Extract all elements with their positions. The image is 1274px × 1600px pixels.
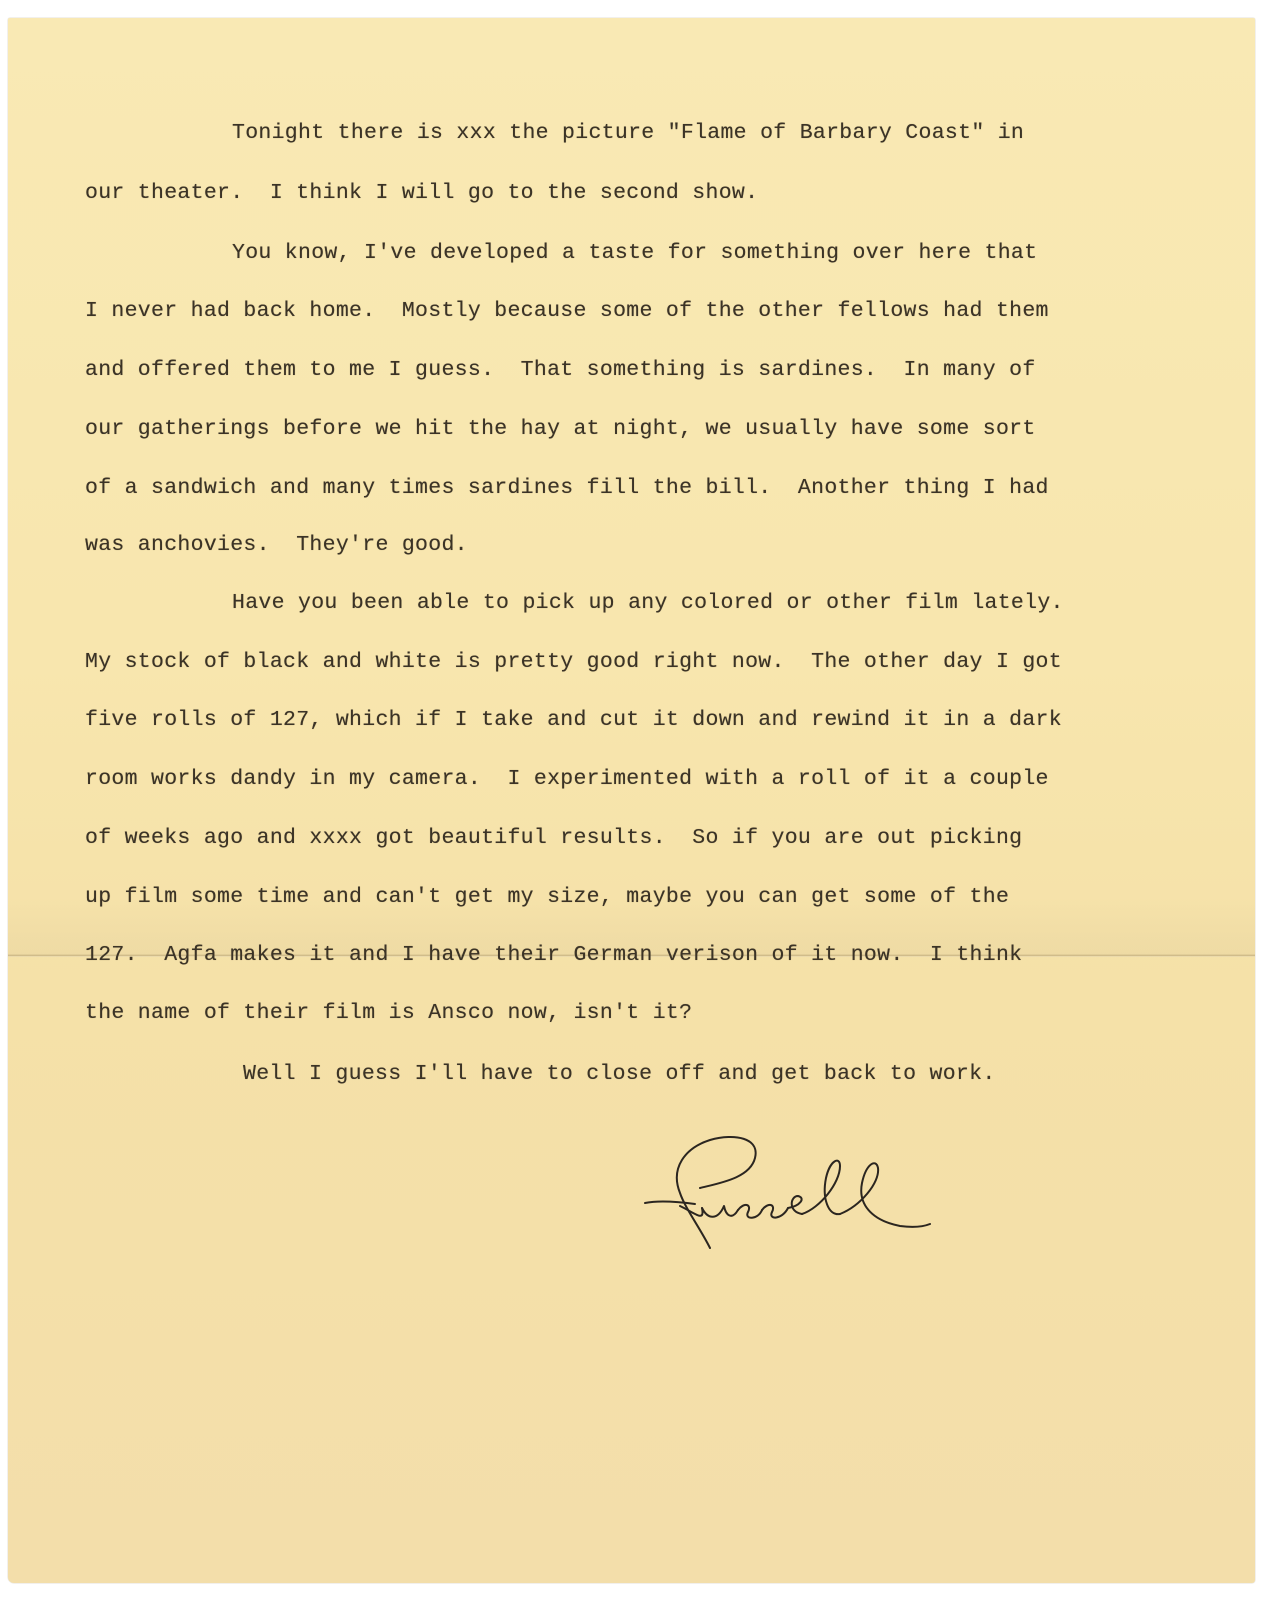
letter-line-9: Have you been able to pick up any colore… (232, 590, 1064, 616)
letter-line-5: and offered them to me I guess. That som… (85, 357, 1036, 383)
letter-line-6: our gatherings before we hit the hay at … (85, 416, 1036, 442)
handwritten-signature (640, 1128, 940, 1258)
letter-line-14: up film some time and can't get my size,… (85, 884, 1009, 910)
letter-line-1: Tonight there is xxx the picture "Flame … (232, 120, 1024, 146)
letter-line-4: I never had back home. Mostly because so… (85, 298, 1049, 324)
signature-icon (640, 1128, 940, 1258)
letter-line-17: Well I guess I'll have to close off and … (243, 1061, 996, 1087)
letter-line-12: room works dandy in my camera. I experim… (85, 766, 1049, 792)
letter-line-15: 127. Agfa makes it and I have their Germ… (85, 942, 1022, 968)
letter-line-11: five rolls of 127, which if I take and c… (85, 707, 1062, 733)
letter-line-8: was anchovies. They're good. (85, 532, 468, 558)
letter-line-13: of weeks ago and xxxx got beautiful resu… (85, 825, 1022, 851)
letter-line-10: My stock of black and white is pretty go… (85, 649, 1062, 675)
letter-line-2: our theater. I think I will go to the se… (85, 180, 758, 206)
letter-line-3: You know, I've developed a taste for som… (232, 240, 1037, 266)
letter-line-16: the name of their film is Ansco now, isn… (85, 1000, 692, 1026)
letter-line-7: of a sandwich and many times sardines fi… (85, 475, 1049, 501)
